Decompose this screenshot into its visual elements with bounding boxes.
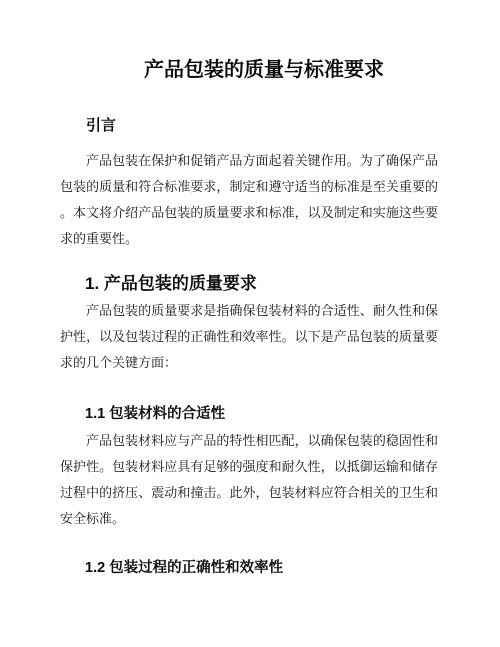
document-content: 产品包装的质量与标准要求 引言 产品包装在保护和促销产品方面起着关键作用。为了确… (0, 0, 500, 579)
paragraph-section-1-1: 产品包装材料应与产品的特性相匹配，以确保包装的稳固性和保护性。包装材料应具有足够… (60, 428, 438, 532)
section-heading-intro: 引言 (86, 116, 438, 136)
section-heading-1: 1. 产品包装的质量要求 (85, 272, 438, 296)
section-heading-1-1: 1.1 包装材料的合适性 (85, 404, 438, 425)
document-title: 产品包装的质量与标准要求 (60, 0, 438, 84)
document-page: 产品包装的质量与标准要求 引言 产品包装在保护和促销产品方面起着关键作用。为了确… (0, 0, 500, 647)
paragraph-intro: 产品包装在保护和促销产品方面起着关键作用。为了确保产品包装的质量和符合标准要求，… (60, 148, 438, 252)
paragraph-section-1: 产品包装的质量要求是指确保包装材料的合适性、耐久性和保护性，以及包装过程的正确性… (60, 298, 438, 376)
section-heading-1-2: 1.2 包装过程的正确性和效率性 (85, 558, 438, 579)
